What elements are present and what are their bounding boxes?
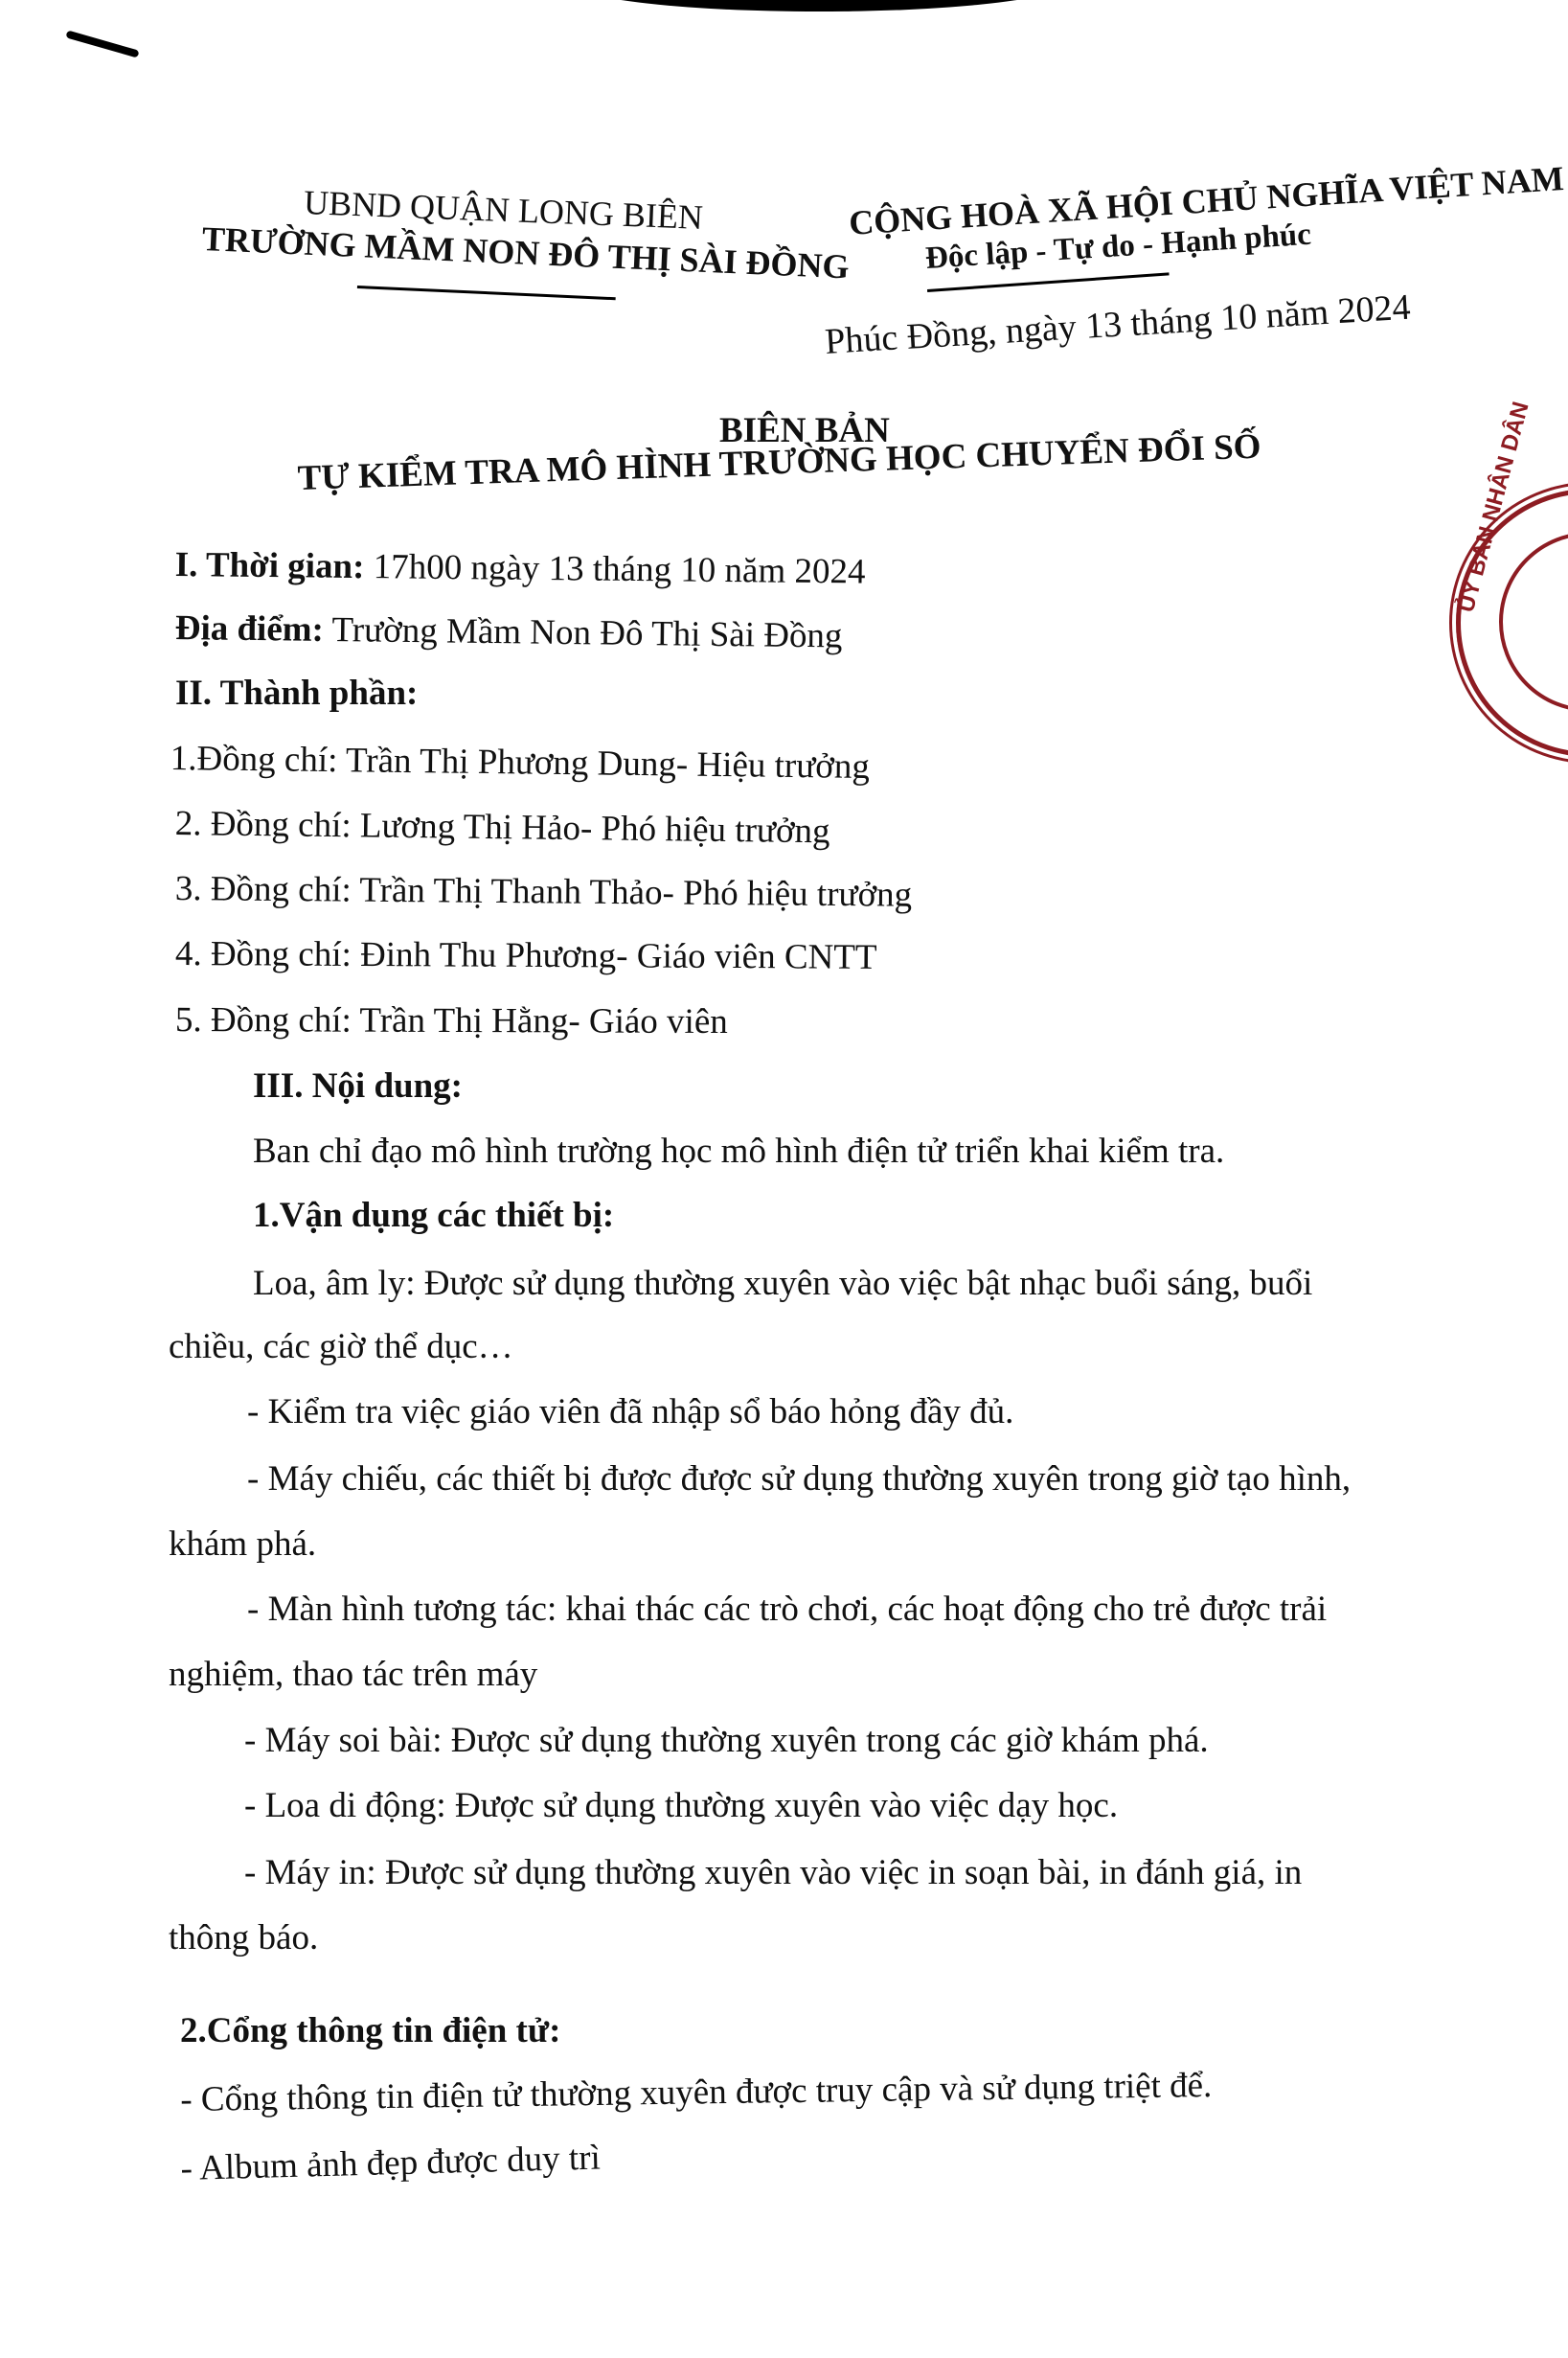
devices-heading: 1.Vận dụng các thiết bị:: [253, 1195, 614, 1236]
place-label: Địa điểm:: [174, 608, 324, 650]
place-value: Trường Mầm Non Đô Thị Sài Đồng: [324, 610, 843, 656]
stamp-text: ĐÔ: [1528, 622, 1568, 652]
member-item: 2. Đồng chí: Lương Thị Hảo- Phó hiệu trư…: [174, 803, 829, 852]
devices-line: nghiệm, thao tác trên máy: [169, 1654, 537, 1695]
header-left-underline: [357, 286, 616, 300]
scan-artifact-top: [565, 0, 1073, 11]
devices-line: - Màn hình tương tác: khai thác các trò …: [247, 1589, 1327, 1630]
portal-line: - Album ảnh đẹp được duy trì: [180, 2138, 601, 2189]
portal-heading: 2.Cổng thông tin điện tử:: [180, 2010, 560, 2051]
devices-line: - Máy in: Được sử dụng thường xuyên vào …: [244, 1852, 1302, 1893]
member-item: 1.Đồng chí: Trần Thị Phương Dung- Hiệu t…: [170, 738, 870, 788]
member-item: 4. Đồng chí: Đinh Thu Phương- Giáo viên …: [175, 933, 877, 978]
member-item: 3. Đồng chí: Trần Thị Thanh Thảo- Phó hi…: [175, 868, 913, 916]
members-heading: II. Thành phần:: [175, 673, 418, 714]
stamp-text: TR: [1528, 561, 1568, 591]
time-label: I. Thời gian:: [175, 545, 365, 586]
devices-line: Loa, âm ly: Được sử dụng thường xuyên và…: [253, 1263, 1312, 1304]
devices-line: - Kiểm tra việc giáo viên đã nhập sổ báo…: [247, 1391, 1013, 1432]
time-value: 17h00 ngày 13 tháng 10 năm 2024: [364, 547, 865, 591]
devices-line: - Máy chiếu, các thiết bị được được sử d…: [247, 1458, 1351, 1500]
place-row: Địa điểm: Trường Mầm Non Đô Thị Sài Đồng: [174, 607, 842, 657]
content-intro: Ban chỉ đạo mô hình trường học mô hình đ…: [253, 1131, 1224, 1172]
pen-mark: [65, 30, 139, 57]
official-stamp: ỦY BAN NHÂN DÂN TR MẦ ĐÔ SÀ: [1456, 489, 1568, 757]
devices-line: - Máy soi bài: Được sử dụng thường xuyên…: [244, 1720, 1209, 1761]
member-item: 5. Đồng chí: Trần Thị Hằng- Giáo viên: [175, 999, 728, 1042]
devices-line: - Loa di động: Được sử dụng thường xuyên…: [244, 1785, 1118, 1826]
header-right-underline: [927, 272, 1170, 292]
place-date: Phúc Đồng, ngày 13 tháng 10 năm 2024: [824, 286, 1412, 363]
stamp-text: SÀ: [1528, 652, 1568, 683]
devices-line: chiều, các giờ thể dục…: [169, 1326, 513, 1367]
portal-line: - Cổng thông tin điện tử thường xuyên đư…: [180, 2065, 1213, 2120]
stamp-text: MẦ: [1528, 591, 1568, 622]
devices-line: khám phá.: [169, 1523, 316, 1565]
content-heading: III. Nội dung:: [253, 1065, 463, 1107]
time-row: I. Thời gian: 17h00 ngày 13 tháng 10 năm…: [175, 544, 866, 593]
devices-line: thông báo.: [169, 1917, 318, 1958]
